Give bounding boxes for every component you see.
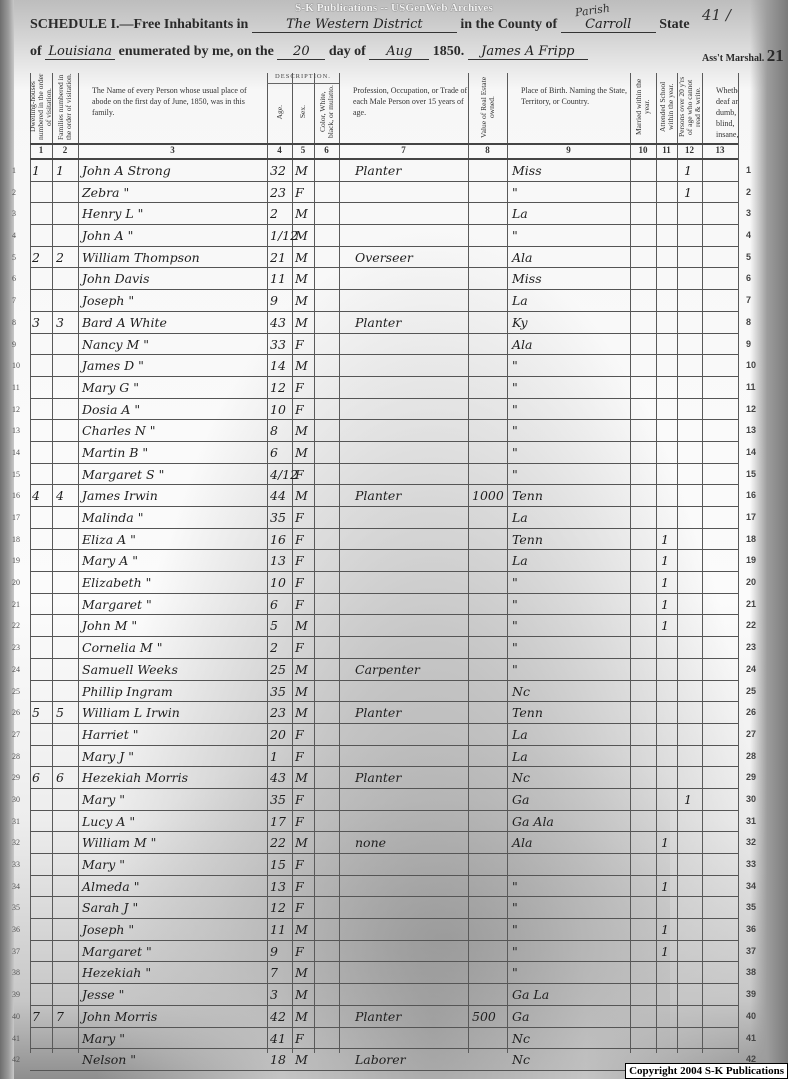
school-mark: 1	[661, 530, 669, 549]
sex: M	[295, 1050, 308, 1069]
person-name: John A "	[82, 226, 133, 245]
illiterate-mark: 1	[684, 183, 692, 202]
line-number-left: 9	[12, 335, 16, 354]
line-number-left: 7	[12, 291, 16, 310]
school-mark: 1	[661, 616, 669, 635]
day-field: 20	[277, 44, 325, 60]
place-of-birth: Nc	[512, 682, 530, 701]
age: 1	[270, 747, 278, 766]
place-of-birth: La	[512, 551, 528, 570]
age: 35	[270, 682, 286, 701]
table-row: 833Bard A White43MPlanterKy8	[30, 312, 738, 334]
sex: M	[295, 291, 308, 310]
sex: M	[295, 443, 308, 462]
table-row: 38Hezekiah "7M"38	[30, 962, 738, 984]
county-field: Carroll	[561, 17, 656, 33]
place-of-birth: La	[512, 291, 528, 310]
place-of-birth: Nc	[512, 1050, 530, 1069]
age: 23	[270, 703, 286, 722]
line-number-left: 34	[12, 877, 20, 896]
school-mark: 1	[661, 877, 669, 896]
line-number-left: 30	[12, 790, 20, 809]
table-row: 2655William L Irwin23MPlanterTenn26	[30, 702, 738, 724]
school-mark: 1	[661, 942, 669, 961]
sex: F	[295, 790, 304, 809]
sex: M	[295, 703, 308, 722]
place-of-birth: Tenn	[512, 703, 543, 722]
line-number-left: 32	[12, 833, 20, 852]
age: 1/12	[270, 226, 298, 245]
column-number: 12	[677, 145, 702, 155]
sex: M	[295, 204, 308, 223]
age: 15	[270, 855, 286, 874]
column-header-10: Married within the year.	[630, 73, 656, 141]
occupation: Planter	[355, 486, 401, 505]
person-name: Lucy A "	[82, 812, 135, 831]
line-number-left: 37	[12, 942, 20, 961]
marshal-name-field: James A Fripp	[468, 44, 588, 60]
age: 17	[270, 812, 286, 831]
sex: F	[295, 530, 304, 549]
real-estate-value: 1000	[472, 486, 504, 505]
sex: M	[295, 356, 308, 375]
column-header-11: Attended School within the year.	[656, 73, 677, 141]
place-of-birth: La	[512, 204, 528, 223]
illiterate-mark: 1	[684, 161, 692, 180]
place-of-birth: Ala	[512, 335, 532, 354]
column-header-12: Persons over 20 y'rs of age who cannot r…	[677, 73, 702, 141]
table-row: 31Lucy A "17FGa Ala31	[30, 811, 738, 833]
line-number-left: 39	[12, 985, 20, 1004]
column-number: 2	[52, 145, 78, 155]
person-name: James Irwin	[82, 486, 158, 505]
column-number-row: 12345678910111213	[30, 143, 738, 160]
column-number: 1	[30, 145, 52, 155]
place-of-birth: "	[512, 421, 518, 440]
line-number-right: 17	[746, 508, 756, 527]
line-number-right: 18	[746, 530, 756, 549]
sex: M	[295, 269, 308, 288]
line-number-left: 38	[12, 963, 20, 982]
line-number-left: 41	[12, 1029, 20, 1048]
column-header-label: Married within the year.	[635, 73, 651, 141]
person-name: William Thompson	[82, 248, 200, 267]
age: 4/12	[270, 465, 298, 484]
person-name: John Davis	[82, 269, 150, 288]
line-number-left: 8	[12, 313, 16, 332]
line-number-left: 12	[12, 400, 20, 419]
person-name: Malinda "	[82, 508, 143, 527]
line-number-left: 11	[12, 378, 20, 397]
line-number-left: 36	[12, 920, 20, 939]
place-of-birth: "	[512, 465, 518, 484]
line-number-right: 2	[746, 183, 751, 202]
column-header-label: The Name of every Person whose usual pla…	[92, 85, 267, 118]
dwelling-number: 3	[32, 313, 40, 332]
person-name: Sarah J "	[82, 898, 138, 917]
state-label: State	[659, 17, 689, 32]
sex: F	[295, 465, 304, 484]
table-row: 35Sarah J "12F"35	[30, 897, 738, 919]
age: 41	[270, 1029, 286, 1048]
line-number-right: 15	[746, 465, 756, 484]
line-number-left: 21	[12, 595, 20, 614]
in-the-label: in the	[460, 17, 494, 32]
occupation: Overseer	[355, 248, 413, 267]
table-row: 21Margaret "6F"121	[30, 594, 738, 616]
census-page: S-K Publications -- USGenWeb Archives Pa…	[0, 0, 788, 1079]
family-number: 4	[56, 486, 64, 505]
line-number-right: 35	[746, 898, 756, 917]
column-number: 10	[630, 145, 656, 155]
age: 12	[270, 378, 286, 397]
place-of-birth: Miss	[512, 269, 542, 288]
line-number-right: 23	[746, 638, 756, 657]
place-of-birth: "	[512, 595, 518, 614]
table-row: 2966Hezekiah Morris43MPlanterNc29	[30, 767, 738, 789]
table-row: 32William M "22MnoneAla132	[30, 832, 738, 854]
age: 7	[270, 963, 278, 982]
place-of-birth: "	[512, 660, 518, 679]
line-number-right: 4	[746, 226, 751, 245]
line-number-left: 1	[12, 161, 16, 180]
line-number-left: 4	[12, 226, 16, 245]
line-number-left: 19	[12, 551, 20, 570]
place-of-birth: Nc	[512, 768, 530, 787]
table-row: 18Eliza A "16FTenn118	[30, 529, 738, 551]
table-row: 24Samuell Weeks25MCarpenter"24	[30, 659, 738, 681]
occupation: none	[355, 833, 386, 852]
sex: M	[295, 313, 308, 332]
column-number: 6	[314, 145, 339, 155]
column-header-6: Color, White, black, or mulatto.	[314, 83, 339, 141]
place-of-birth: "	[512, 443, 518, 462]
line-number-right: 40	[746, 1007, 756, 1026]
line-number-left: 40	[12, 1007, 20, 1026]
person-name: Bard A White	[82, 313, 167, 332]
column-header-label: Color, White, black, or mulatto.	[319, 83, 335, 141]
place-of-birth: "	[512, 400, 518, 419]
line-number-right: 26	[746, 703, 756, 722]
line-number-right: 8	[746, 313, 751, 332]
column-header-7: Profession, Occupation, or Trade of each…	[339, 73, 468, 141]
age: 13	[270, 551, 286, 570]
line-number-right: 19	[746, 551, 756, 570]
sex: M	[295, 833, 308, 852]
year-label: 1850.	[433, 44, 465, 59]
person-name: Dosia A "	[82, 400, 140, 419]
sex: M	[295, 1007, 308, 1026]
column-header-label: Place of Birth. Naming the State, Territ…	[521, 85, 630, 107]
age: 35	[270, 790, 286, 809]
sex: F	[295, 855, 304, 874]
person-name: Mary A "	[82, 551, 138, 570]
column-header-label: Profession, Occupation, or Trade of each…	[353, 85, 468, 118]
real-estate-value: 500	[472, 1007, 496, 1026]
table-row: 4John A "1/12M"4	[30, 225, 738, 247]
sex: F	[295, 508, 304, 527]
line-number-right: 38	[746, 963, 756, 982]
place-of-birth: Ga Ala	[512, 812, 554, 831]
line-number-left: 6	[12, 269, 16, 288]
line-number-left: 10	[12, 356, 20, 375]
dwelling-number: 2	[32, 248, 40, 267]
sex: M	[295, 920, 308, 939]
schedule-title: SCHEDULE I.—Free Inhabitants in	[30, 17, 248, 32]
age: 43	[270, 768, 286, 787]
family-number: 5	[56, 703, 64, 722]
person-name: Margaret "	[82, 595, 152, 614]
occupation: Planter	[355, 313, 401, 332]
place-of-birth: Ga La	[512, 985, 549, 1004]
sex: F	[295, 898, 304, 917]
place-of-birth: La	[512, 747, 528, 766]
table-row: 33Mary "15F33	[30, 854, 738, 876]
person-name: John Morris	[82, 1007, 157, 1026]
person-name: Hezekiah Morris	[82, 768, 188, 787]
age: 11	[270, 920, 286, 939]
dwelling-number: 7	[32, 1007, 40, 1026]
line-number-right: 9	[746, 335, 751, 354]
table-row: 3Henry L "2MLa3	[30, 203, 738, 225]
county-label: County of	[498, 17, 558, 32]
column-header-2: Families numbered in the order of visita…	[52, 73, 78, 141]
table-row: 7Joseph "9MLa7	[30, 290, 738, 312]
place-of-birth: Ga	[512, 1007, 529, 1026]
line-number-left: 31	[12, 812, 20, 831]
occupation: Carpenter	[355, 660, 420, 679]
age: 14	[270, 356, 286, 375]
age: 23	[270, 183, 286, 202]
district-field: The Western District	[252, 17, 457, 33]
school-mark: 1	[661, 595, 669, 614]
line-number-left: 26	[12, 703, 20, 722]
place-of-birth: "	[512, 226, 518, 245]
table-row: 15Margaret S "4/12F"15	[30, 464, 738, 486]
age: 25	[270, 660, 286, 679]
line-number-left: 18	[12, 530, 20, 549]
person-name: Nelson "	[82, 1050, 136, 1069]
line-number-right: 25	[746, 682, 756, 701]
line-number-right: 12	[746, 400, 756, 419]
family-number: 3	[56, 313, 64, 332]
dwelling-number: 4	[32, 486, 40, 505]
line-number-right: 13	[746, 421, 756, 440]
line-number-right: 14	[746, 443, 756, 462]
age: 20	[270, 725, 286, 744]
place-of-birth: Ala	[512, 248, 532, 267]
of-label: of	[30, 44, 42, 59]
age: 16	[270, 530, 286, 549]
enumerated-label: enumerated by me, on the	[119, 44, 274, 59]
line-number-left: 20	[12, 573, 20, 592]
person-name: Mary G "	[82, 378, 139, 397]
person-name: Phillip Ingram	[82, 682, 173, 701]
table-row: 19Mary A "13FLa119	[30, 550, 738, 572]
school-mark: 1	[661, 573, 669, 592]
place-of-birth: "	[512, 942, 518, 961]
line-number-left: 17	[12, 508, 20, 527]
table-row: 37Margaret "9F"137	[30, 941, 738, 963]
sex: M	[295, 963, 308, 982]
age: 2	[270, 204, 278, 223]
table-row: 111John A Strong32MPlanterMiss11	[30, 160, 738, 182]
occupation: Planter	[355, 1007, 401, 1026]
line-number-right: 28	[746, 747, 756, 766]
sex: M	[295, 486, 308, 505]
line-number-right: 37	[746, 942, 756, 961]
line-number-right: 11	[746, 378, 756, 397]
sex: M	[295, 421, 308, 440]
line-number-right: 7	[746, 291, 751, 310]
line-number-right: 3	[746, 204, 751, 223]
person-name: Henry L "	[82, 204, 143, 223]
place-of-birth: "	[512, 877, 518, 896]
place-of-birth: "	[512, 356, 518, 375]
archive-banner: S-K Publications -- USGenWeb Archives	[0, 2, 788, 14]
person-name: Samuell Weeks	[82, 660, 178, 679]
person-name: John A Strong	[82, 161, 171, 180]
line-number-right: 16	[746, 486, 756, 505]
occupation: Laborer	[355, 1050, 406, 1069]
sex: M	[295, 660, 308, 679]
age: 9	[270, 942, 278, 961]
family-number: 2	[56, 248, 64, 267]
person-name: Martin B "	[82, 443, 148, 462]
table-body: 111John A Strong32MPlanterMiss112Zebra "…	[30, 160, 738, 1071]
person-name: Mary "	[82, 1029, 125, 1048]
occupation: Planter	[355, 703, 401, 722]
school-mark: 1	[661, 833, 669, 852]
dwelling-number: 6	[32, 768, 40, 787]
table-row: 12Dosia A "10F"12	[30, 399, 738, 421]
line-number-right: 27	[746, 725, 756, 744]
sex: M	[295, 616, 308, 635]
age: 33	[270, 335, 286, 354]
line-number-left: 23	[12, 638, 20, 657]
column-header-4: Age.	[267, 83, 292, 141]
person-name: Nancy M "	[82, 335, 149, 354]
person-name: William M "	[82, 833, 156, 852]
line-number-left: 2	[12, 183, 16, 202]
table-row: 6John Davis11MMiss6	[30, 268, 738, 290]
person-name: Mary "	[82, 855, 125, 874]
occupation: Planter	[355, 161, 401, 180]
age: 10	[270, 573, 286, 592]
age: 42	[270, 1007, 286, 1026]
table-row: 25Phillip Ingram35MNc25	[30, 681, 738, 703]
place-of-birth: Ky	[512, 313, 528, 332]
column-header-label: Value of Real Estate owned.	[480, 73, 496, 141]
line-number-left: 14	[12, 443, 20, 462]
column-header-1: Dwelling-houses numbered in the order of…	[30, 73, 52, 141]
line-number-right: 39	[746, 985, 756, 1004]
line-number-right: 34	[746, 877, 756, 896]
table-row: 522William Thompson21MOverseerAla5	[30, 247, 738, 269]
day-of-label: day of	[329, 44, 366, 59]
table-row: 10James D "14M"10	[30, 355, 738, 377]
family-number: 1	[56, 161, 64, 180]
age: 6	[270, 595, 278, 614]
table-row: 28Mary J "1FLa28	[30, 746, 738, 768]
table-row: 20Elizabeth "10F"120	[30, 572, 738, 594]
age: 35	[270, 508, 286, 527]
table-row: 13Charles N "8M"13	[30, 420, 738, 442]
column-number: 8	[468, 145, 507, 155]
sex: M	[295, 161, 308, 180]
line-number-left: 22	[12, 616, 20, 635]
line-number-right: 29	[746, 768, 756, 787]
page-number: 21	[767, 46, 784, 65]
sex: M	[295, 985, 308, 1004]
person-name: John M "	[82, 616, 137, 635]
schedule-header-line-2: of Louisiana enumerated by me, on the 20…	[30, 44, 588, 60]
dwelling-number: 1	[32, 161, 40, 180]
sex: F	[295, 595, 304, 614]
line-number-left: 5	[12, 248, 16, 267]
age: 10	[270, 400, 286, 419]
person-name: Cornelia M "	[82, 638, 162, 657]
place-of-birth: "	[512, 183, 518, 202]
marshal-label: Ass't Marshal.	[702, 53, 764, 64]
school-mark: 1	[661, 551, 669, 570]
table-row: 4077John Morris42MPlanter500Ga40	[30, 1006, 738, 1028]
table-row: 9Nancy M "33FAla9	[30, 334, 738, 356]
table-row: 30Mary "35FGa130	[30, 789, 738, 811]
sex: F	[295, 335, 304, 354]
school-mark: 1	[661, 920, 669, 939]
sex: F	[295, 400, 304, 419]
occupation: Planter	[355, 768, 401, 787]
table-row: 23Cornelia M "2F"23	[30, 637, 738, 659]
age: 8	[270, 421, 278, 440]
person-name: Elizabeth "	[82, 573, 151, 592]
person-name: Joseph "	[82, 920, 134, 939]
sex: F	[295, 638, 304, 657]
column-header-label: Sex.	[299, 105, 307, 118]
column-number: 5	[292, 145, 314, 155]
line-number-left: 42	[12, 1050, 20, 1069]
person-name: Margaret "	[82, 942, 152, 961]
sex: F	[295, 812, 304, 831]
person-name: Harriet "	[82, 725, 138, 744]
sex: F	[295, 573, 304, 592]
place-of-birth: "	[512, 920, 518, 939]
sex: F	[295, 183, 304, 202]
sex: F	[295, 551, 304, 570]
census-table: DESCRIPTION. Dwelling-houses numbered in…	[30, 73, 738, 1053]
line-number-right: 24	[746, 660, 756, 679]
place-of-birth: Tenn	[512, 486, 543, 505]
sex: F	[295, 747, 304, 766]
family-number: 7	[56, 1007, 64, 1026]
line-number-right: 10	[746, 356, 756, 375]
column-header-label: Whether deaf and dumb, blind, insane, id…	[716, 85, 738, 141]
column-number: 3	[78, 145, 267, 155]
table-row: 17Malinda "35FLa17	[30, 507, 738, 529]
line-number-right: 36	[746, 920, 756, 939]
line-number-right: 1	[746, 161, 751, 180]
month-field: Aug	[369, 44, 429, 60]
column-header-9: Place of Birth. Naming the State, Territ…	[507, 73, 630, 141]
table-row: 36Joseph "11M"136	[30, 919, 738, 941]
person-name: Eliza A "	[82, 530, 136, 549]
line-number-left: 35	[12, 898, 20, 917]
column-number: 7	[339, 145, 468, 155]
sex: F	[295, 877, 304, 896]
person-name: William L Irwin	[82, 703, 180, 722]
column-header-5: Sex.	[292, 83, 314, 141]
